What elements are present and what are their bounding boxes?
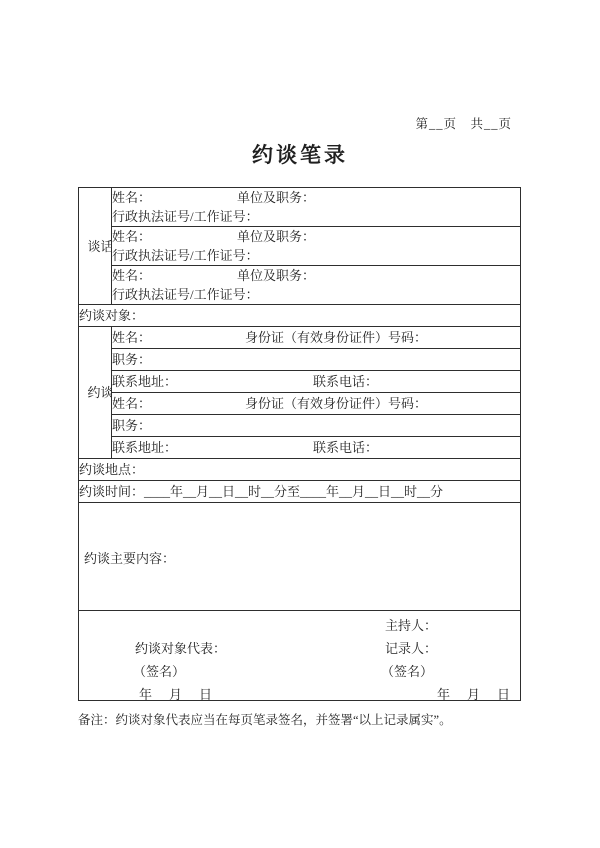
interviewer-row-2: 姓名： 单位及职务： 行政执法证号/工作证号： [112,227,521,266]
representative-2-name-label: 姓名： [112,394,245,413]
interviewer-1-unit-label: 单位及职务： [237,188,315,207]
host-label: 主持人： [385,616,437,635]
representative-1-phone-label: 联系电话： [313,372,378,391]
time-label: 约谈时间：____年__月__日__时__分至____年__月__日__时__分 [79,484,443,499]
recorder-label: 记录人： [385,639,437,658]
representative-group-cell: 约谈对象代表 [79,327,112,459]
representative-group-label: 约谈对象代表 [88,382,103,403]
representative-1-title-label: 职务： [112,352,151,367]
page-title: 约谈笔录 [0,139,600,169]
sign-hint-left: （签名） [133,662,185,681]
interview-record-table: 谈话人 姓名： 单位及职务： 行政执法证号/工作证号： 姓名： 单位及职务： 行… [78,187,521,701]
location-label: 约谈地点： [79,462,144,477]
interviewer-3-name-label: 姓名： [112,266,237,285]
main-content-label: 约谈主要内容： [79,546,520,568]
representative-1-address-label: 联系地址： [112,372,313,391]
interviewer-row-1: 姓名： 单位及职务： 行政执法证号/工作证号： [112,188,521,227]
interviewer-3-cert-label: 行政执法证号/工作证号： [112,285,520,304]
interviewee-label: 约谈对象： [79,308,144,323]
representative-sign-label: 约谈对象代表： [135,639,226,658]
representative-2-title-row: 职务： [112,415,521,437]
interviewer-3-unit-label: 单位及职务： [237,266,315,285]
document-page: 第__页 共__页 约谈笔录 谈话人 姓名： 单位及职务： 行政执法证号/工作证… [0,0,600,848]
sign-hint-right: （签名） [381,662,433,681]
representative-1-id-label: 身份证（有效身份证件）号码： [245,328,427,347]
representative-2-phone-label: 联系电话： [313,438,378,457]
interviewer-2-name-label: 姓名： [112,227,237,246]
main-content-cell: 约谈主要内容： [79,503,521,611]
representative-2-id-label: 身份证（有效身份证件）号码： [245,394,427,413]
representative-1-name-label: 姓名： [112,328,245,347]
interviewer-group-label: 谈话人 [88,230,103,263]
interviewer-1-cert-label: 行政执法证号/工作证号： [112,207,520,226]
interviewer-2-unit-label: 单位及职务： [237,227,315,246]
representative-2-contact-row: 联系地址： 联系电话： [112,437,521,459]
time-row: 约谈时间：____年__月__日__时__分至____年__月__日__时__分 [79,481,521,503]
representative-1-contact-row: 联系地址： 联系电话： [112,371,521,393]
date-line-left: 年 月 日 [139,685,214,701]
location-row: 约谈地点： [79,459,521,481]
interviewer-row-3: 姓名： 单位及职务： 行政执法证号/工作证号： [112,266,521,305]
date-line-right: 年 月 日 [437,685,512,701]
representative-2-title-label: 职务： [112,418,151,433]
representative-1-title-row: 职务： [112,349,521,371]
representative-1-name-row: 姓名： 身份证（有效身份证件）号码： [112,327,521,349]
representative-2-address-label: 联系地址： [112,438,313,457]
footnote: 备注：约谈对象代表应当在每页笔录签名，并签署“以上记录属实”。 [78,711,538,729]
interviewer-group-cell: 谈话人 [79,188,112,305]
interviewee-row: 约谈对象： [79,305,521,327]
signature-cell: 主持人： 约谈对象代表： 记录人： （签名） （签名） 年 月 日 年 月 日 [79,611,521,701]
representative-2-name-row: 姓名： 身份证（有效身份证件）号码： [112,393,521,415]
interviewer-2-cert-label: 行政执法证号/工作证号： [112,246,520,265]
page-indicator: 第__页 共__页 [415,114,512,132]
interviewer-1-name-label: 姓名： [112,188,237,207]
